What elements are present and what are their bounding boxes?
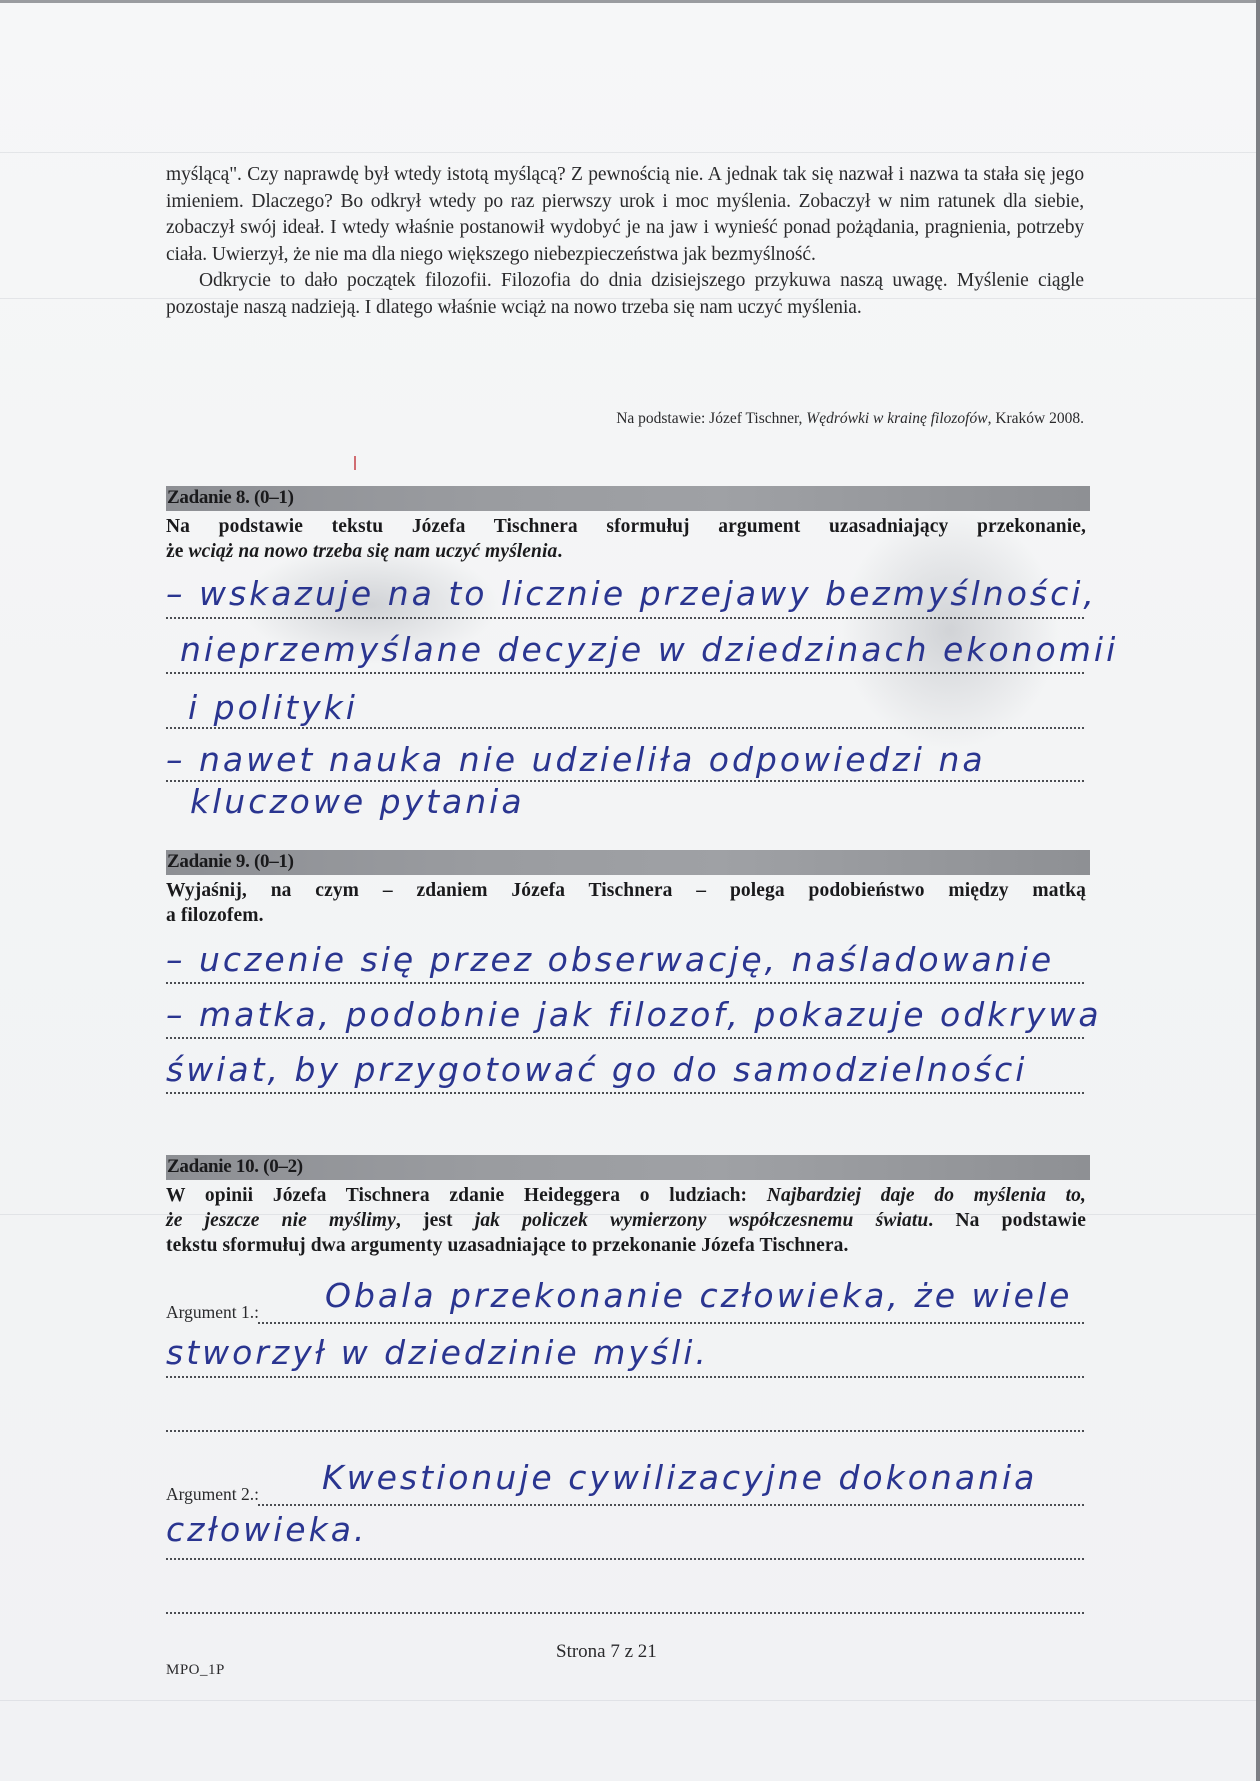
answer-line [166, 1092, 1084, 1094]
answer-line [166, 617, 1084, 619]
scan-streak [0, 1700, 1256, 1701]
citation-prefix: Na podstawie: Józef Tischner, [616, 410, 806, 427]
answer-line [258, 1322, 1084, 1324]
task-10-question-line-3: tekstu sformułuj dwa argumenty uzasadnia… [166, 1233, 1086, 1258]
task-9-question-line-2: a filozofem. [166, 903, 1086, 928]
task-9-question-line-1: Wyjaśnij, na czym – zdaniem Józefa Tisch… [166, 878, 1086, 903]
argument-2-label: Argument 2.: [166, 1484, 259, 1505]
task-8-answer-line-1: – wskazuje na to licznie przejawy bezmyś… [166, 574, 1097, 613]
task-9-question: Wyjaśnij, na czym – zdaniem Józefa Tisch… [166, 878, 1086, 928]
argument-2-answer-line-1: Kwestionuje cywilizacyjne dokonania [322, 1458, 1037, 1497]
task-8-header: Zadanie 8. (0–1) [166, 487, 294, 509]
answer-line [166, 1558, 1084, 1560]
source-text: myślącą". Czy naprawdę był wtedy istotą … [166, 162, 1084, 321]
task-9-answer-line-3: świat, by przygotować go do samodzielnoś… [166, 1050, 1027, 1089]
source-paragraph-2: Odkrycie to dało początek filozofii. Fil… [166, 268, 1084, 321]
argument-1-label: Argument 1.: [166, 1302, 259, 1323]
task-8-question-line-1: Na podstawie tekstu Józefa Tischnera sfo… [166, 514, 1086, 539]
task-8-question-line-2: że wciąż na nowo trzeba się nam uczyć my… [166, 539, 1086, 564]
task-8-answer-line-2: nieprzemyślane decyzje w dziedzinach eko… [180, 630, 1118, 669]
answer-line [166, 1430, 1084, 1432]
task-10-header: Zadanie 10. (0–2) [166, 1156, 303, 1178]
page-number: Strona 7 z 21 [556, 1641, 657, 1663]
citation-suffix: , Kraków 2008. [988, 410, 1084, 427]
source-paragraph-1: myślącą". Czy naprawdę był wtedy istotą … [166, 162, 1084, 268]
scan-streak [0, 152, 1256, 153]
task-8-answer-line-4: – nawet nauka nie udzieliła odpowiedzi n… [166, 740, 986, 779]
task-10-header-bar: Zadanie 10. (0–2) [166, 1155, 1090, 1180]
argument-1-answer-line-2: stworzył w dziedzinie myśli. [166, 1333, 709, 1372]
argument-1-answer-line-1: Obala przekonanie człowieka, że wiele [325, 1276, 1072, 1315]
argument-2-answer-line-2: człowieka. [166, 1510, 367, 1549]
task-10-question-line-1: W opinii Józefa Tischnera zdanie Heidegg… [166, 1183, 1086, 1208]
answer-line [166, 1612, 1084, 1614]
task-10-question-line-2: że jeszcze nie myślimy, jest jak policze… [166, 1208, 1086, 1233]
task-8-answer-line-5: kluczowe pytania [190, 782, 525, 821]
answer-line [166, 982, 1084, 984]
answer-line [166, 727, 1084, 729]
exam-page: myślącą". Czy naprawdę był wtedy istotą … [0, 0, 1260, 1781]
answer-line [258, 1504, 1084, 1506]
answer-line [166, 1376, 1084, 1378]
answer-line [166, 672, 1084, 674]
task-8-answer-line-3: i polityki [188, 688, 358, 727]
citation-title: Wędrówki w krainę filozofów [806, 410, 987, 427]
task-8-question: Na podstawie tekstu Józefa Tischnera sfo… [166, 514, 1086, 564]
task-9-header: Zadanie 9. (0–1) [166, 851, 294, 873]
red-pen-mark [354, 456, 356, 470]
task-9-answer-line-2: – matka, podobnie jak filozof, pokazuje … [166, 995, 1102, 1034]
task-9-header-bar: Zadanie 9. (0–1) [166, 850, 1090, 875]
source-citation: Na podstawie: Józef Tischner, Wędrówki w… [500, 410, 1084, 428]
page-top-edge [0, 0, 1256, 3]
task-10-question: W opinii Józefa Tischnera zdanie Heidegg… [166, 1183, 1086, 1258]
task-9-answer-line-1: – uczenie się przez obserwację, naśladow… [166, 940, 1054, 979]
exam-code: MPO_1P [166, 1662, 225, 1679]
answer-line [166, 1037, 1084, 1039]
task-8-header-bar: Zadanie 8. (0–1) [166, 486, 1090, 511]
